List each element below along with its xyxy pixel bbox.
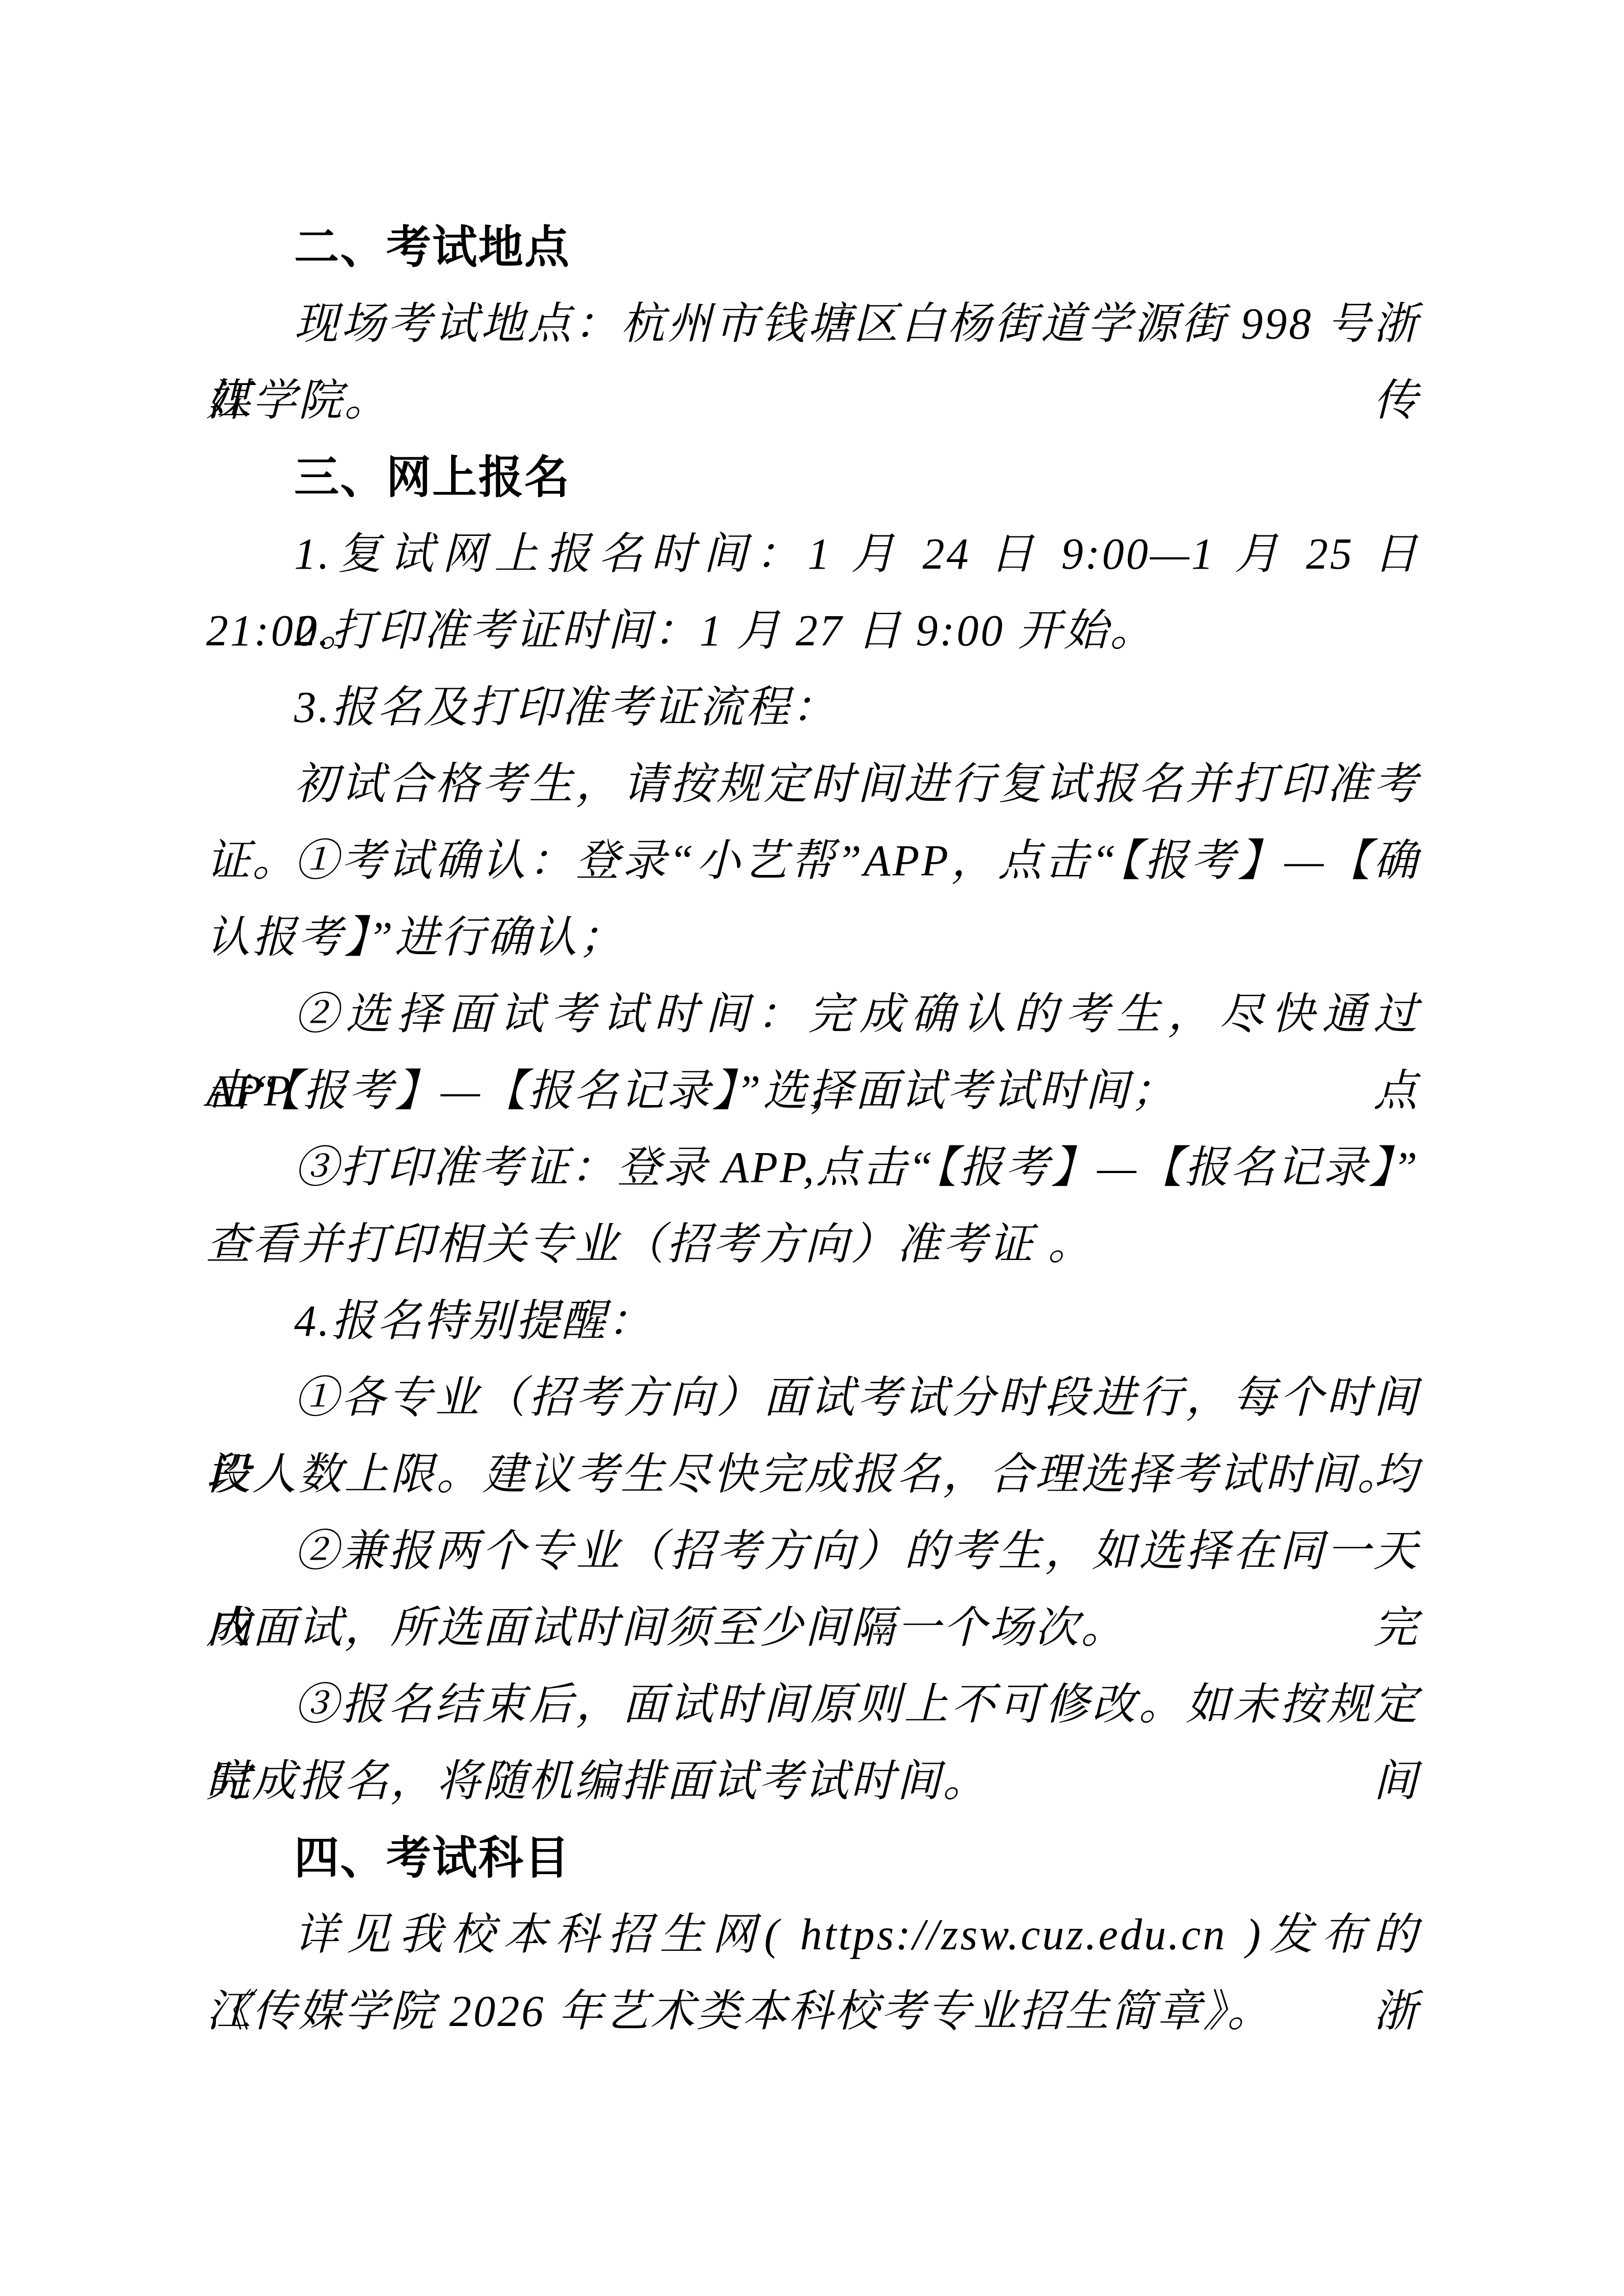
text-line: ②选择面试考试时间：完成确认的考生，尽快通过 APP，点 (206, 976, 1419, 1052)
text-line: 初试合格考生，请按规定时间进行复试报名并打印准考证。 (206, 746, 1419, 822)
document-page: 二、考试地点现场考试地点：杭州市钱塘区白杨街道学源街 998 号浙江传媒学院。三… (0, 0, 1624, 2296)
text-line: 江传媒学院 2026 年艺术类本科校考专业招生简章》。 (206, 1973, 1419, 2050)
text-line: 3.报名及打印准考证流程： (206, 669, 1419, 746)
text-line: 详见我校本科招生网( https://zsw.cuz.edu.cn )发布的《浙 (206, 1896, 1419, 1973)
text-line: 现场考试地点：杭州市钱塘区白杨街道学源街 998 号浙江传 (206, 285, 1419, 362)
text-line: ①考试确认：登录“小艺帮”APP，点击“【报考】—【确 (206, 822, 1419, 899)
text-line: ③打印准考证：登录 APP,点击“【报考】—【报名记录】” (206, 1129, 1419, 1206)
section-heading: 三、网上报名 (206, 439, 1419, 515)
section-heading: 二、考试地点 (206, 209, 1419, 285)
text-line: ②兼报两个专业（招考方向）的考生，如选择在同一天内完 (206, 1513, 1419, 1589)
text-line: ①各专业（招考方向）面试考试分时段进行，每个时间段均 (206, 1359, 1419, 1436)
text-line: ③报名结束后，面试时间原则上不可修改。如未按规定时间 (206, 1666, 1419, 1743)
document-content: 二、考试地点现场考试地点：杭州市钱塘区白杨街道学源街 998 号浙江传媒学院。三… (206, 209, 1419, 2050)
text-line: 1.复试网上报名时间：1 月 24 日 9:00—1 月 25 日 21:00。 (206, 515, 1419, 592)
text-line: 设人数上限。建议考生尽快完成报名，合理选择考试时间。 (206, 1436, 1419, 1513)
text-line: 认报考】”进行确认； (206, 899, 1419, 976)
text-line: 2.打印准考证时间：1 月 27 日 9:00 开始。 (206, 592, 1419, 669)
text-line: 查看并打印相关专业（招考方向）准考证 。 (206, 1206, 1419, 1282)
section-heading: 四、考试科目 (206, 1819, 1419, 1896)
text-line: 4.报名特别提醒： (206, 1282, 1419, 1359)
